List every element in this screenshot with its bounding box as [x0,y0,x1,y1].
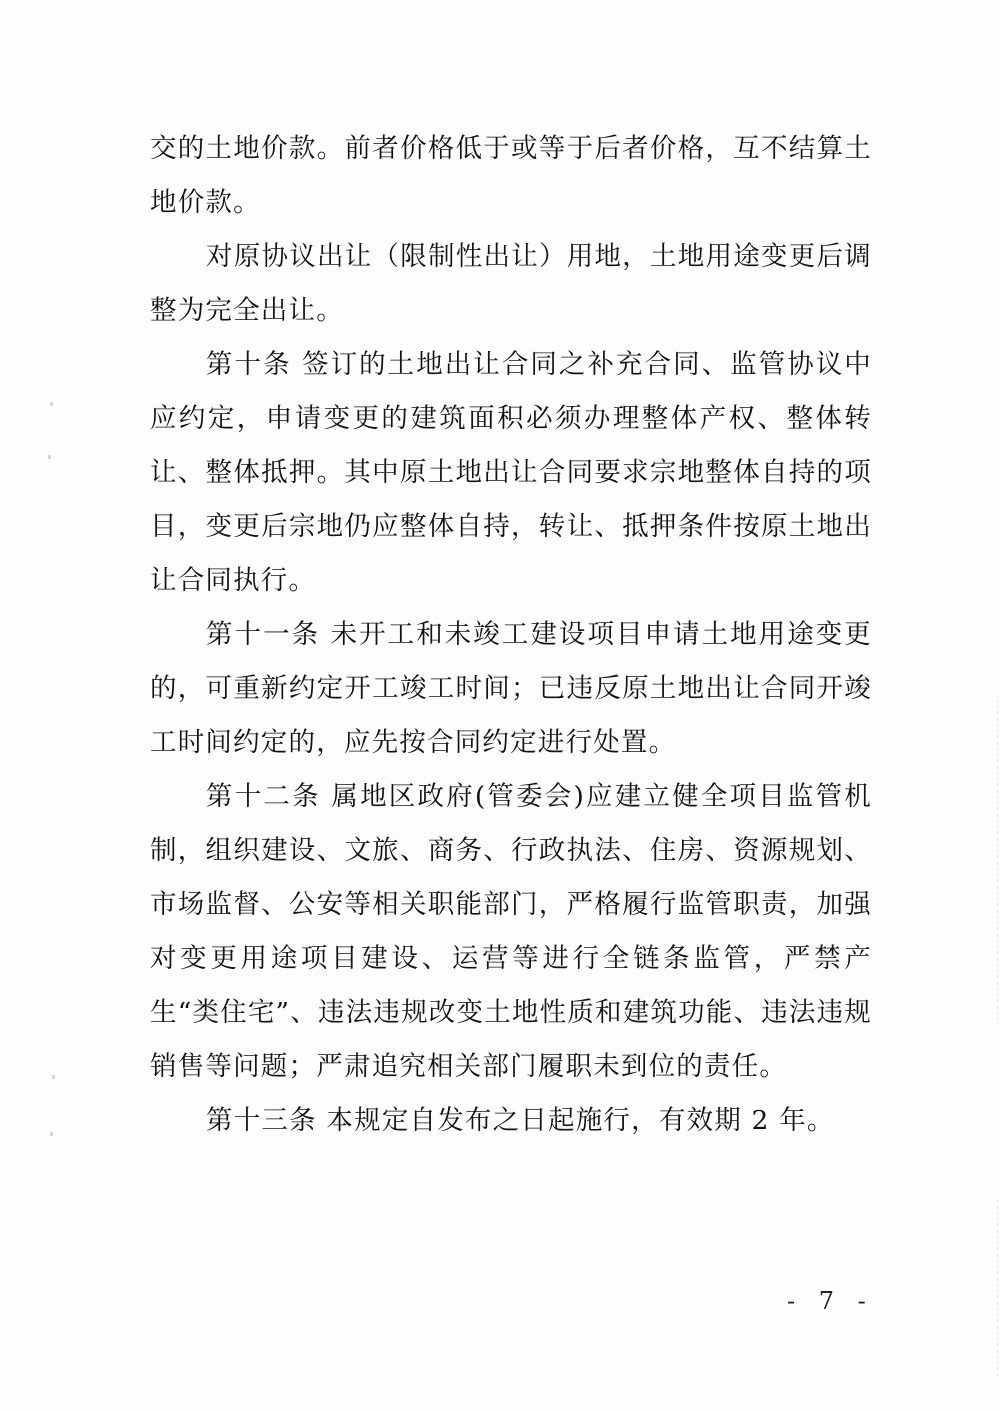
scan-speck [50,1132,53,1136]
scan-edge-line [997,1200,998,1380]
page-number: - 7 - [787,1287,874,1315]
paragraph-land-price-settlement: 交的土地价款。前者价格低于或等于后者价格，互不结算土地价款。 [150,122,872,230]
scan-speck [48,455,51,459]
document-page: 交的土地价款。前者价格低于或等于后者价格，互不结算土地价款。 对原协议出让（限制… [0,0,1000,1411]
scan-edge-line [997,700,998,1020]
scan-speck [50,402,53,406]
paragraph-article-13: 第十三条 本规定自发布之日起施行，有效期 2 年。 [150,1094,872,1148]
document-body: 交的土地价款。前者价格低于或等于后者价格，互不结算土地价款。 对原协议出让（限制… [150,122,872,1148]
paragraph-agreement-transfer: 对原协议出让（限制性出让）用地，土地用途变更后调整为完全出让。 [150,230,872,338]
paragraph-article-12: 第十二条 属地区政府(管委会)应建立健全项目监管机制，组织建设、文旅、商务、行政… [150,770,872,1094]
scan-speck [52,1075,55,1079]
paragraph-article-11: 第十一条 未开工和未竣工建设项目申请土地用途变更的，可重新约定开工竣工时间；已违… [150,608,872,770]
paragraph-article-10: 第十条 签订的土地出让合同之补充合同、监管协议中应约定，申请变更的建筑面积必须办… [150,338,872,608]
